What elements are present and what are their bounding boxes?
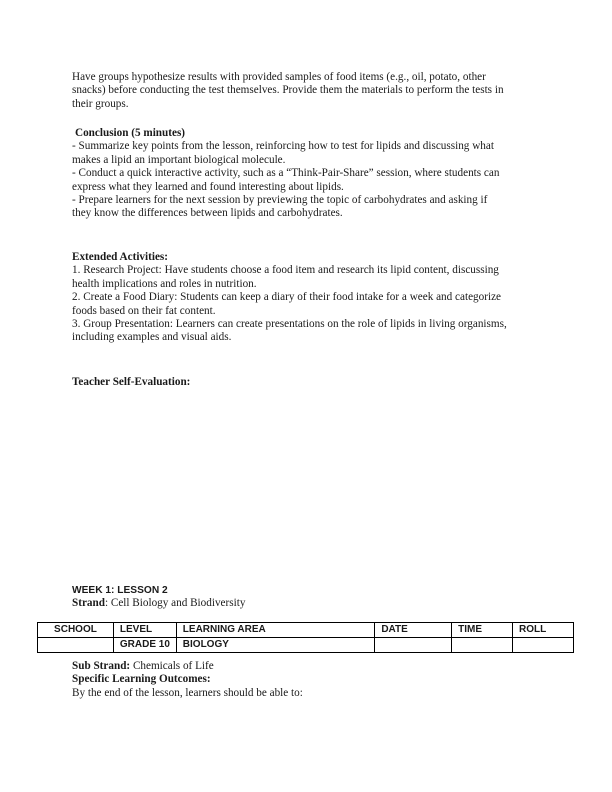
conclusion-heading: Conclusion (5 minutes) xyxy=(72,127,552,140)
conclusion-line: - Conduct a quick interactive activity, … xyxy=(72,167,552,180)
header-school: SCHOOL xyxy=(38,623,114,638)
cell-learning-area: BIOLOGY xyxy=(176,638,375,653)
header-roll: ROLL xyxy=(513,623,574,638)
extended-activities-section: Extended Activities: 1. Research Project… xyxy=(72,251,552,345)
sub-strand-label: Sub Strand: xyxy=(72,660,130,672)
intro-line: their groups. xyxy=(72,98,552,111)
header-time: TIME xyxy=(452,623,513,638)
conclusion-line: - Prepare learners for the next session … xyxy=(72,194,552,207)
self-evaluation-section: Teacher Self-Evaluation: xyxy=(72,376,552,389)
header-learning-area: LEARNING AREA xyxy=(176,623,375,638)
strand-line: Strand: Cell Biology and Biodiversity xyxy=(72,597,552,610)
outcomes-heading: Specific Learning Outcomes: xyxy=(72,673,552,686)
strand-label: Strand xyxy=(72,597,105,609)
strand-value: : Cell Biology and Biodiversity xyxy=(105,597,245,609)
table-header-row: SCHOOL LEVEL LEARNING AREA DATE TIME ROL… xyxy=(38,623,574,638)
intro-line: snacks) before conducting the test thems… xyxy=(72,84,552,97)
conclusion-section: Conclusion (5 minutes) - Summarize key p… xyxy=(72,127,552,221)
extended-line: 2. Create a Food Diary: Students can kee… xyxy=(72,291,552,304)
cell-time xyxy=(452,638,513,653)
intro-paragraph: Have groups hypothesize results with pro… xyxy=(72,71,552,111)
header-date: DATE xyxy=(375,623,452,638)
sub-strand-value: Chemicals of Life xyxy=(130,660,214,672)
extended-line: foods based on their fat content. xyxy=(72,305,552,318)
header-level: LEVEL xyxy=(113,623,176,638)
extended-line: health implications and roles in nutriti… xyxy=(72,278,552,291)
cell-date xyxy=(375,638,452,653)
conclusion-line: express what they learned and found inte… xyxy=(72,181,552,194)
sub-strand-line: Sub Strand: Chemicals of Life xyxy=(72,660,552,673)
extended-heading: Extended Activities: xyxy=(72,251,552,264)
conclusion-line: they know the differences between lipids… xyxy=(72,207,552,220)
cell-level: GRADE 10 xyxy=(113,638,176,653)
extended-line: 3. Group Presentation: Learners can crea… xyxy=(72,318,552,331)
table-row: GRADE 10 BIOLOGY xyxy=(38,638,574,653)
conclusion-line: makes a lipid an important biological mo… xyxy=(72,154,552,167)
sub-strand-section: Sub Strand: Chemicals of Life Specific L… xyxy=(72,660,552,700)
lesson-info-table: SCHOOL LEVEL LEARNING AREA DATE TIME ROL… xyxy=(37,622,574,653)
lesson-header: WEEK 1: LESSON 2 Strand: Cell Biology an… xyxy=(72,584,552,611)
week-title: WEEK 1: LESSON 2 xyxy=(72,584,552,597)
extended-line: including examples and visual aids. xyxy=(72,331,552,344)
outcomes-intro: By the end of the lesson, learners shoul… xyxy=(72,687,552,700)
intro-line: Have groups hypothesize results with pro… xyxy=(72,71,552,84)
self-evaluation-heading: Teacher Self-Evaluation: xyxy=(72,376,552,389)
conclusion-line: - Summarize key points from the lesson, … xyxy=(72,140,552,153)
cell-roll xyxy=(513,638,574,653)
cell-school xyxy=(38,638,114,653)
extended-line: 1. Research Project: Have students choos… xyxy=(72,264,552,277)
